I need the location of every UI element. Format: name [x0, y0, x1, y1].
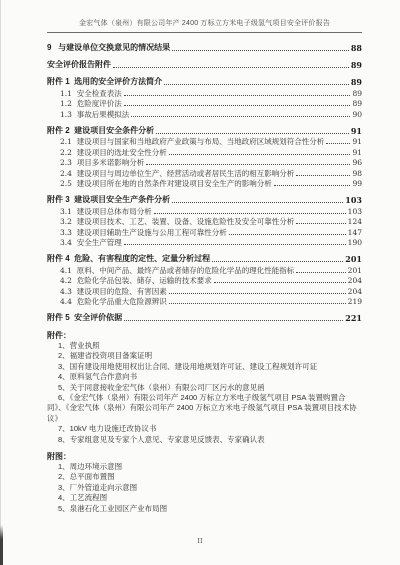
toc-page-number: 103: [345, 195, 362, 205]
figure-item: 3、厂外管道走向示意图: [47, 483, 362, 493]
toc-page-number: 201: [345, 254, 362, 264]
toc-page-number: 221: [345, 313, 362, 323]
document-page: 金宏气体（泉州）有限公司年产 2400 万标立方米电子级氢气项目安全评价报告 9…: [0, 0, 400, 565]
dot-leader: [124, 320, 343, 321]
toc-entry-label: 3.1 建设项目总体布局分析: [60, 207, 152, 216]
dot-leader: [296, 223, 345, 224]
toc-page-number: 219: [348, 297, 362, 306]
toc-entry-label: 3.4 安全生产管理: [60, 238, 122, 247]
toc-entry-label: 1.2 危险度评价法: [60, 99, 122, 108]
toc-page-number: 91: [351, 126, 362, 136]
toc-entry-label: 附件 4 危险、有害程度的定性、定量分析过程: [47, 254, 210, 264]
toc-page-number: 89: [351, 60, 362, 70]
toc-entry-label: 附件 1 选用的安全评价方法简介: [47, 77, 162, 87]
toc-entry: 附件 2 建设项目安全条件分析 91: [47, 126, 362, 136]
toc-entry-label: 附件 2 建设项目安全条件分析: [47, 126, 154, 136]
figures-list: 1、周边环境示意图 2、总平面布置图 3、厂外管道走向示意图 4、工艺流程图 5…: [47, 462, 362, 514]
toc-page-number: 89: [351, 77, 362, 87]
toc-entry: 1.1 安全检查表法 89: [47, 89, 362, 98]
dot-leader: [169, 303, 346, 304]
figure-item: 4、工艺流程图: [47, 493, 362, 503]
toc-entry: 2.3 项目多米诺影响分析 96: [47, 158, 362, 167]
toc-entry: 2.1 建设项目与国家和当地政府产业政策与布局、当地政府区域规划符合性分析 91: [47, 137, 362, 146]
toc-page-number: 103: [348, 207, 362, 216]
dot-leader: [124, 105, 351, 106]
figure-item: 5、泉港石化工业园区产业布局图: [47, 504, 362, 514]
toc-entry-label: 4.2 危险化学品包装、储存、运输的技术要求: [60, 276, 212, 285]
toc-entry-label: 附件 3 建设项目安全生产条件分析: [47, 195, 170, 205]
toc-entry-label: 3.3 建设项目辅助生产设施与公用工程可靠性分析: [60, 228, 227, 237]
toc-entry: 2.4 建设项目与周边单位生产、经营活动或者居民生活的相互影响分析 98: [47, 169, 362, 178]
attachment-item: 1、营业执照: [47, 341, 362, 351]
toc-entry: 附件 1 选用的安全评价方法简介 89: [47, 77, 362, 87]
toc-entry-label: 9 与建设单位交换意见的情况结果: [47, 43, 170, 53]
attachment-item: 2、福建省投资项目备案证明: [47, 351, 362, 361]
toc-entry: 3.1 建设项目总体布局分析 103: [47, 207, 362, 216]
dot-leader: [172, 50, 349, 51]
dot-leader: [131, 116, 350, 117]
dot-leader: [212, 261, 343, 262]
dot-leader: [274, 185, 351, 186]
toc-page-number: 124: [348, 217, 362, 226]
toc-entry: 9 与建设单位交换意见的情况结果 88: [47, 43, 362, 53]
dot-leader: [154, 213, 346, 214]
attachment-item: 8、专家组意见及专家个人意见、专家意见反馈表、专家确认表: [47, 435, 362, 445]
toc-entry-label: 附件 5 安全评价依据: [47, 313, 122, 323]
toc-page-number: 90: [352, 110, 362, 119]
toc-entry: 3.2 建设项目技术、工艺、装置、设备、设施危险性及安全可靠性分析 124: [47, 217, 362, 226]
attachment-item: 6、《金宏气体（泉州）有限公司年产 2400 万标立方米电子级氢气项目 PSA …: [47, 393, 362, 424]
dot-leader: [172, 202, 343, 203]
dot-leader: [169, 293, 346, 294]
toc-page-number: 89: [352, 99, 362, 108]
toc-page-number: 190: [348, 238, 362, 247]
page-number: II: [0, 537, 400, 545]
toc-page-number: 147: [348, 228, 362, 237]
toc-entry: 4.2 危险化学品包装、储存、运输的技术要求 204: [47, 276, 362, 285]
dot-leader: [169, 154, 351, 155]
dot-leader: [296, 175, 350, 176]
toc-entry-label: 4.1 原料、中间产品、最终产品或者储存的危险化学品的理化性能指标: [60, 266, 294, 275]
figure-item: 2、总平面布置图: [47, 472, 362, 482]
toc-entry-label: 4.4 危险化学品重大危险源辨识: [60, 297, 167, 306]
toc-entry: 附件 4 危险、有害程度的定性、定量分析过程 201: [47, 254, 362, 264]
attachments-title: 附件：: [47, 330, 362, 341]
toc-page-number: 96: [352, 158, 362, 167]
attachment-item: 5、关于同意接收金宏气体（泉州）有限公司厂区污水的意见函: [47, 383, 362, 393]
toc-page-number: 91: [352, 148, 362, 157]
scan-corner-artifact: [0, 525, 3, 565]
toc-entry-label: 2.4 建设项目与周边单位生产、经营活动或者居民生活的相互影响分析: [60, 169, 294, 178]
dot-leader: [124, 95, 351, 96]
toc-page-number: 204: [348, 287, 362, 296]
toc-entry: 3.3 建设项目辅助生产设施与公用工程可靠性分析 147: [47, 228, 362, 237]
toc-entry-label: 安全评价报告附件: [47, 60, 111, 70]
toc-page-number: 201: [348, 266, 362, 275]
dot-leader: [229, 234, 346, 235]
toc-entry: 4.1 原料、中间产品、最终产品或者储存的危险化学品的理化性能指标 201: [47, 266, 362, 275]
toc-entry-label: 3.2 建设项目技术、工艺、装置、设备、设施危险性及安全可靠性分析: [60, 217, 294, 226]
toc-page-number: 88: [351, 43, 362, 53]
toc-entry-label: 4.3 建设项目的危险、有害因素: [60, 287, 167, 296]
toc-page-number: 98: [352, 169, 362, 178]
toc-entry-label: 2.5 建设项目所在地的自然条件对建设项目安全生产的影响分析: [60, 179, 272, 188]
toc-entry: 1.2 危险度评价法 89: [47, 99, 362, 108]
attachment-item: 7、10kV 电力设施迁改协议书: [47, 424, 362, 434]
toc-entry-label: 2.3 项目多米诺影响分析: [60, 158, 144, 167]
attachments-list: 1、营业执照 2、福建省投资项目备案证明 3、国有建设用地使用权出让合同、建设用…: [47, 341, 362, 445]
toc-page-number: 99: [352, 179, 362, 188]
toc-entry: 3.4 安全生产管理 190: [47, 238, 362, 247]
toc-entry: 4.3 建设项目的危险、有害因素 204: [47, 287, 362, 296]
toc-entry: 1.3 事故后果模拟法 90: [47, 110, 362, 119]
toc-page-number: 204: [348, 276, 362, 285]
attachment-item: 4、原料氢气合作意向书: [47, 372, 362, 382]
figures-title: 附图：: [47, 451, 362, 462]
page-header: 金宏气体（泉州）有限公司年产 2400 万标立方米电子级氢气项目安全评价报告: [47, 0, 362, 33]
toc-entry: 附件 3 建设项目安全生产条件分析 103: [47, 195, 362, 205]
figure-item: 1、周边环境示意图: [47, 462, 362, 472]
toc-entry-label: 2.1 建设项目与国家和当地政府产业政策与布局、当地政府区域规划符合性分析: [60, 137, 324, 146]
toc-entry: 4.4 危险化学品重大危险源辨识 219: [47, 297, 362, 306]
toc-entry: 2.2 建设项目的选址安全性分析 91: [47, 148, 362, 157]
dot-leader: [214, 282, 346, 283]
toc-entry: 安全评价报告附件 89: [47, 60, 362, 70]
toc-entry-label: 2.2 建设项目的选址安全性分析: [60, 148, 167, 157]
dot-leader: [326, 143, 350, 144]
dot-leader: [113, 67, 349, 68]
table-of-contents: 9 与建设单位交换意见的情况结果 88 安全评价报告附件 89 附件 1 选用的…: [47, 43, 362, 323]
dot-leader: [156, 133, 349, 134]
dot-leader: [146, 164, 350, 165]
report-title: 金宏气体（泉州）有限公司年产 2400 万标立方米电子级氢气项目安全评价报告: [47, 19, 362, 28]
toc-entry: 2.5 建设项目所在地的自然条件对建设项目安全生产的影响分析 99: [47, 179, 362, 188]
toc-entry-label: 1.3 事故后果模拟法: [60, 110, 129, 119]
dot-leader: [124, 244, 346, 245]
toc-entry-label: 1.1 安全检查表法: [60, 89, 122, 98]
dot-leader: [164, 84, 349, 85]
toc-page-number: 89: [352, 89, 362, 98]
toc-entry: 附件 5 安全评价依据 221: [47, 313, 362, 323]
attachment-item: 3、国有建设用地使用权出让合同、建设用地规划许可证、建设工程规划许可证: [47, 362, 362, 372]
appendix-section: 附件： 1、营业执照 2、福建省投资项目备案证明 3、国有建设用地使用权出让合同…: [47, 330, 362, 514]
scan-edge-artifact: [0, 0, 1, 565]
toc-page-number: 91: [352, 137, 362, 146]
dot-leader: [296, 272, 345, 273]
